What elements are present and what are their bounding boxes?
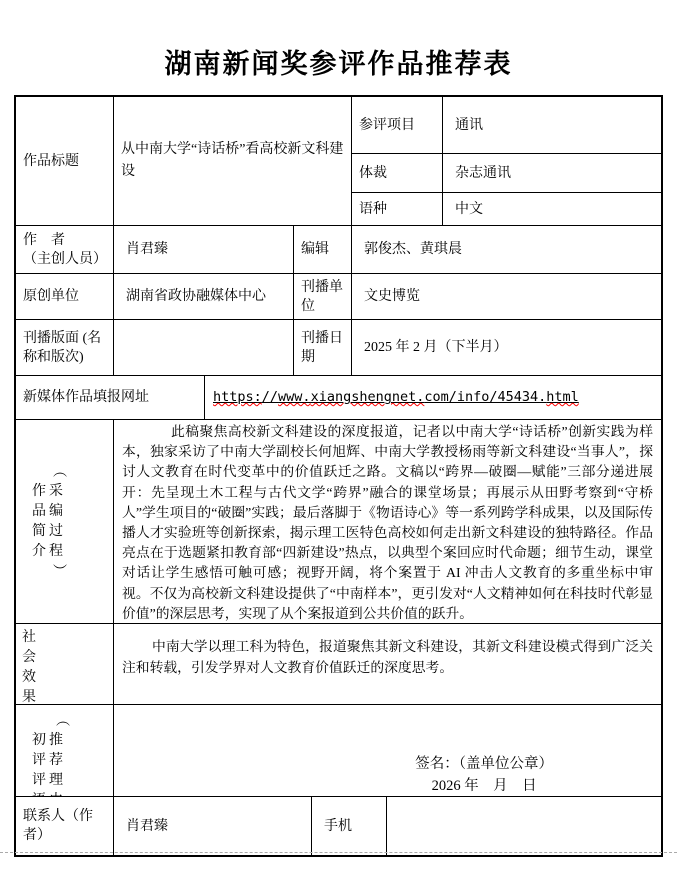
work-meta-subtable: 参评项目 通讯 体裁 杂志通讯 语种 中文 xyxy=(352,97,661,225)
page-break-dashed-line xyxy=(0,852,677,853)
original-unit-value: 湖南省政协融媒体中心 xyxy=(114,274,294,319)
review-comments-label: （ 初推 评荐 评理 语由 xyxy=(16,705,114,796)
url-segment: html xyxy=(546,389,579,405)
row-new-media-url: 新媒体作品填报网址 https://www.xiangshengnet.com/… xyxy=(16,376,661,420)
publish-date-value: 2025 年 2 月（下半月） xyxy=(352,320,661,375)
phone-value xyxy=(387,797,661,855)
publish-date-label: 刊播日期 xyxy=(294,320,352,375)
contact-label: 联系人（作者） xyxy=(16,797,114,855)
contact-value: 肖君臻 xyxy=(114,797,312,855)
genre-label: 体裁 xyxy=(352,154,443,192)
phone-label: 手机 xyxy=(312,797,387,855)
editor-label: 编辑 xyxy=(294,226,352,273)
row-original-unit: 原创单位 湖南省政协融媒体中心 刊播单位 文史博览 xyxy=(16,274,661,320)
url-segment: // xyxy=(262,389,278,405)
publish-unit-value: 文史博览 xyxy=(352,274,661,319)
row-work-title: 作品标题 从中南大学“诗话桥”看高校新文科建设 参评项目 通讯 体裁 杂志通讯 … xyxy=(16,97,661,226)
new-media-url-label: 新媒体作品填报网址 xyxy=(16,376,205,419)
row-work-intro: （ 作采 品编 简过 介程 ） 此稿聚焦高校新文科建设的深度报道，记者以中南大学… xyxy=(16,420,661,624)
language-label: 语种 xyxy=(352,193,443,225)
url-segment: www. xyxy=(278,389,311,405)
genre-value: 杂志通讯 xyxy=(443,154,661,192)
author-label: 作 者 （主创人员） xyxy=(23,231,106,269)
new-media-url-cell: https://www.xiangshengnet.com/info/45434… xyxy=(205,376,661,419)
work-intro-label: （ 作采 品编 简过 介程 ） xyxy=(16,420,114,623)
date-line: 2026 年 月 日 xyxy=(415,775,553,797)
editor-value: 郭俊杰、黄琪晨 xyxy=(352,226,661,273)
work-intro-text: 此稿聚焦高校新文科建设的深度报道，记者以中南大学“诗话桥”创新实践为样本，独家采… xyxy=(114,420,661,623)
work-title-value: 从中南大学“诗话桥”看高校新文科建设 xyxy=(114,97,352,225)
entry-item-value: 通讯 xyxy=(443,97,661,153)
row-author: 作 者 （主创人员） 肖君臻 编辑 郭俊杰、黄琪晨 xyxy=(16,226,661,274)
social-effect-label: 社 会 效 果 xyxy=(16,624,114,704)
row-contact: 联系人（作者） 肖君臻 手机 xyxy=(16,797,661,855)
form-page: 湖南新闻奖参评作品推荐表 作品标题 从中南大学“诗话桥”看高校新文科建设 参评项… xyxy=(0,0,677,884)
url-segment: xiangshengnet. xyxy=(311,389,425,405)
signature-line: 签名：（盖单位公章） xyxy=(415,753,553,775)
row-language: 语种 中文 xyxy=(352,193,661,225)
url-segment: com/info/45434. xyxy=(424,389,546,405)
row-entry-item: 参评项目 通讯 xyxy=(352,97,661,154)
entry-item-label: 参评项目 xyxy=(352,97,443,153)
publish-unit-label: 刊播单位 xyxy=(294,274,352,319)
publish-layout-label: 刊播版面 (名称和版次) xyxy=(16,320,114,375)
row-social-effect: 社 会 效 果 中南大学以理工科为特色，报道聚焦其新文科建设，其新文科建设模式得… xyxy=(16,624,661,705)
page-title: 湖南新闻奖参评作品推荐表 xyxy=(0,0,677,81)
row-publish-layout: 刊播版面 (名称和版次) 刊播日期 2025 年 2 月（下半月） xyxy=(16,320,661,376)
recommendation-table: 作品标题 从中南大学“诗话桥”看高校新文科建设 参评项目 通讯 体裁 杂志通讯 … xyxy=(14,95,663,857)
social-effect-text: 中南大学以理工科为特色，报道聚焦其新文科建设，其新文科建设模式得到广泛关注和转载… xyxy=(114,624,661,704)
publish-layout-value xyxy=(114,320,294,375)
url-segment: https: xyxy=(213,389,262,405)
row-review-comments: （ 初推 评荐 评理 语由 签名：（盖单位公章） 2026 年 月 日 xyxy=(16,705,661,797)
original-unit-label: 原创单位 xyxy=(16,274,114,319)
new-media-url-link[interactable]: https://www.xiangshengnet.com/info/45434… xyxy=(213,388,579,407)
author-value: 肖君臻 xyxy=(114,226,294,273)
language-value: 中文 xyxy=(443,193,661,225)
row-genre: 体裁 杂志通讯 xyxy=(352,154,661,193)
work-title-label: 作品标题 xyxy=(16,97,114,225)
review-content: 签名：（盖单位公章） 2026 年 月 日 xyxy=(114,705,661,796)
